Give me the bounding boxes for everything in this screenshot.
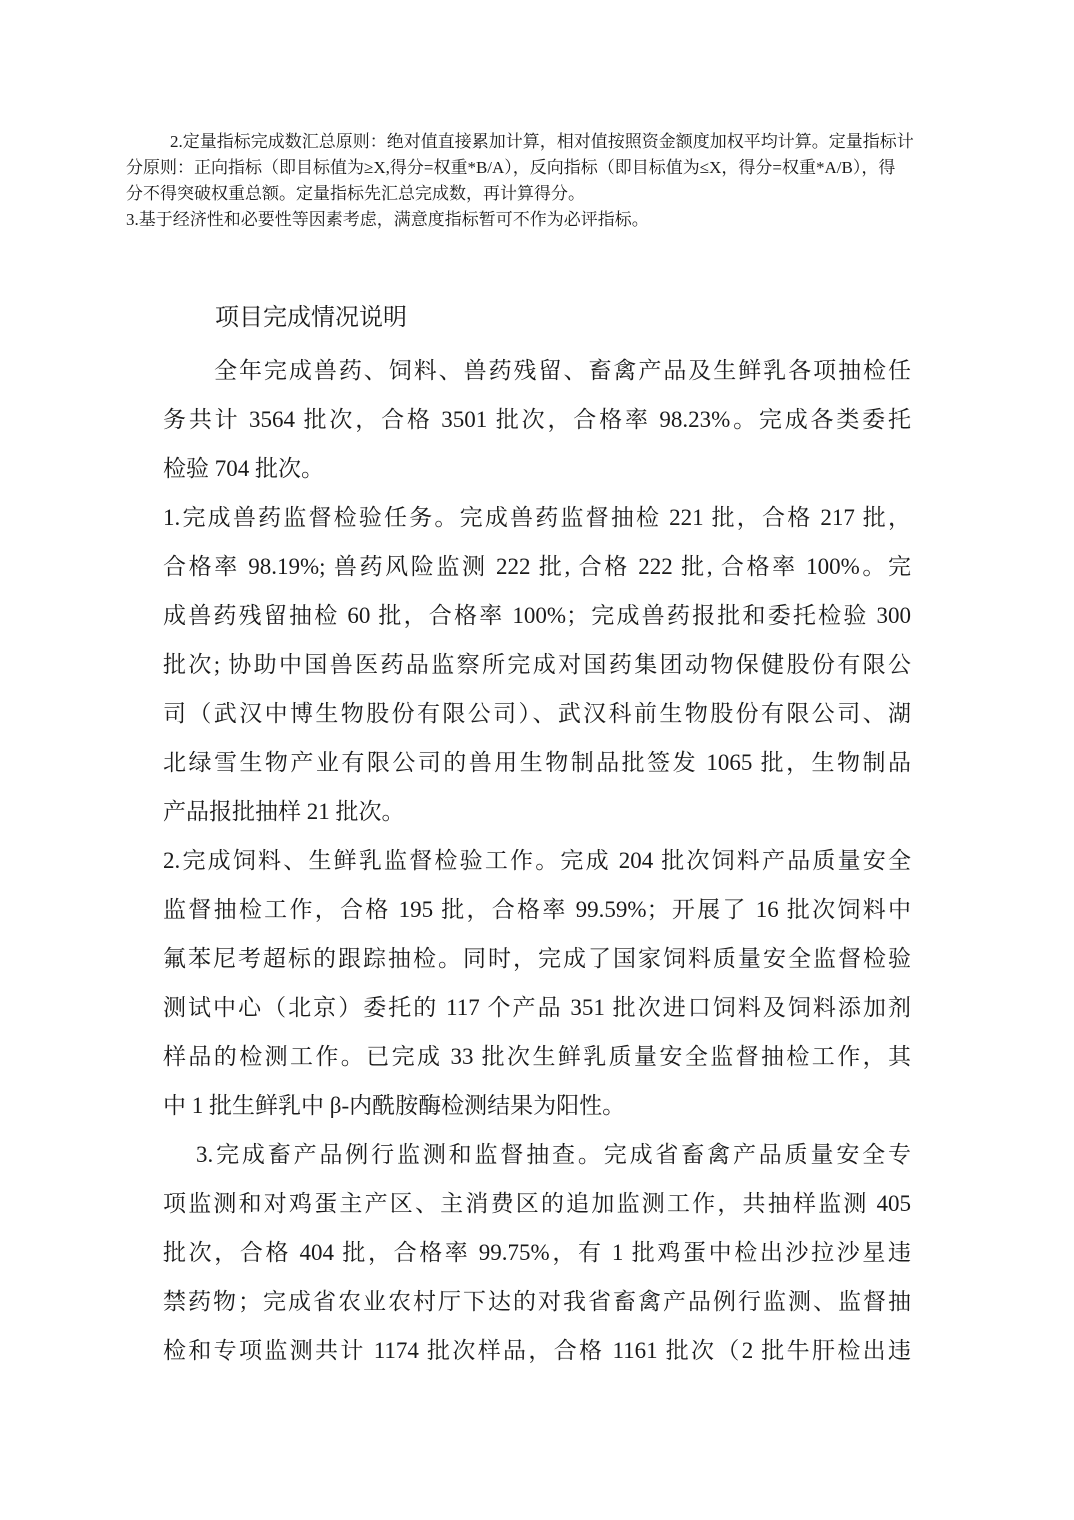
body-line: 样品的检测工作。已完成 33 批次生鲜乳质量安全监督抽检工作，其 xyxy=(163,1032,911,1081)
body-line: 司（武汉中博生物股份有限公司）、武汉科前生物股份有限公司、湖 xyxy=(163,689,911,738)
body-line: 项监测和对鸡蛋主产区、主消费区的追加监测工作，共抽样监测 405 xyxy=(163,1179,911,1228)
section-heading: 项目完成情况说明 xyxy=(215,294,407,343)
body-line: 检验 704 批次。 xyxy=(163,444,911,493)
notes-line: 2.定量指标完成数汇总原则：绝对值直接累加计算，相对值按照资金额度加权平均计算。… xyxy=(126,129,932,155)
body-line: 检和专项监测共计 1174 批次样品，合格 1161 批次（2 批牛肝检出违 xyxy=(163,1326,911,1375)
notes-line: 分不得突破权重总额。定量指标先汇总完成数，再计算得分。 xyxy=(126,181,932,207)
body-line: 合格率 98.19%; 兽药风险监测 222 批, 合格 222 批, 合格率 … xyxy=(163,542,911,591)
body-line: 测试中心（北京）委托的 117 个产品 351 批次进口饲料及饲料添加剂 xyxy=(163,983,911,1032)
body-line: 成兽药残留抽检 60 批，合格率 100%；完成兽药报批和委托检验 300 xyxy=(163,591,911,640)
body-line: 产品报批抽样 21 批次。 xyxy=(163,787,911,836)
body-line: 2.完成饲料、生鲜乳监督检验工作。完成 204 批次饲料产品质量安全 xyxy=(163,836,911,885)
body-line: 禁药物；完成省农业农村厅下达的对我省畜禽产品例行监测、监督抽 xyxy=(163,1277,911,1326)
body-text-block: 全年完成兽药、饲料、兽药残留、畜禽产品及生鲜乳各项抽检任 务共计 3564 批次… xyxy=(163,346,911,1375)
document-page: 2.定量指标完成数汇总原则：绝对值直接累加计算，相对值按照资金额度加权平均计算。… xyxy=(0,0,1074,1520)
body-line: 全年完成兽药、饲料、兽药残留、畜禽产品及生鲜乳各项抽检任 xyxy=(163,346,911,395)
body-line: 批次; 协助中国兽医药品监察所完成对国药集团动物保健股份有限公 xyxy=(163,640,911,689)
notes-block: 2.定量指标完成数汇总原则：绝对值直接累加计算，相对值按照资金额度加权平均计算。… xyxy=(126,129,932,233)
body-line: 北绿雪生物产业有限公司的兽用生物制品批签发 1065 批，生物制品 xyxy=(163,738,911,787)
body-line: 氟苯尼考超标的跟踪抽检。同时，完成了国家饲料质量安全监督检验 xyxy=(163,934,911,983)
body-line: 1.完成兽药监督检验任务。完成兽药监督抽检 221 批，合格 217 批， xyxy=(163,493,911,542)
notes-line: 3.基于经济性和必要性等因素考虑，满意度指标暂可不作为必评指标。 xyxy=(126,207,932,233)
body-line: 批次，合格 404 批，合格率 99.75%，有 1 批鸡蛋中检出沙拉沙星违 xyxy=(163,1228,911,1277)
body-line: 3.完成畜产品例行监测和监督抽查。完成省畜禽产品质量安全专 xyxy=(163,1130,911,1179)
notes-line: 分原则：正向指标（即目标值为≥X,得分=权重*B/A），反向指标（即目标值为≤X… xyxy=(126,155,932,181)
body-line: 中 1 批生鲜乳中 β-内酰胺酶检测结果为阳性。 xyxy=(163,1081,911,1130)
body-line: 监督抽检工作，合格 195 批，合格率 99.59%；开展了 16 批次饲料中 xyxy=(163,885,911,934)
body-line: 务共计 3564 批次，合格 3501 批次，合格率 98.23%。完成各类委托 xyxy=(163,395,911,444)
